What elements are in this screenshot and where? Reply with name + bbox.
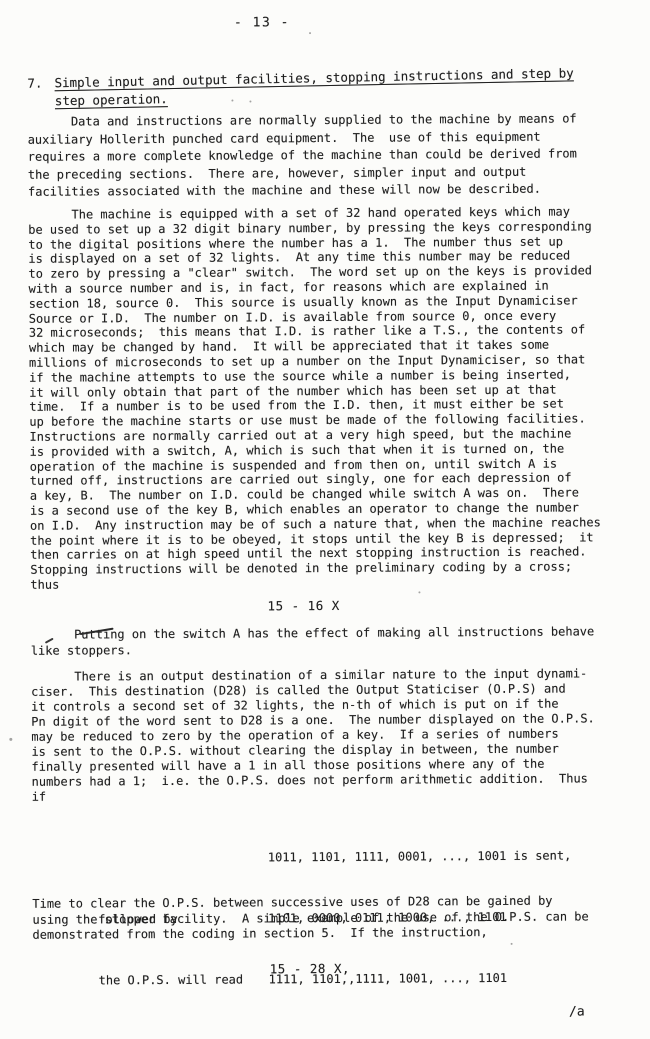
ops-row-label: the O.P.S. will read [99,972,269,988]
paragraph-intro: Data and instructions are normally suppl… [28,110,578,201]
page-number: - 13 - [234,15,290,30]
scan-speck [249,100,251,102]
ops-example-row: 1011, 1101, 1111, 0001, ..., 1001 is sen… [40,834,571,868]
paragraph-output-staticiser: There is an output destination of a simi… [31,666,595,804]
scan-speck [9,738,12,741]
section-title-line-2: step operation. [55,90,168,110]
stopping-instruction-example-1: 15 - 16 X [267,598,339,613]
page-content: - 13 - 7. Simple input and output facili… [0,0,650,1039]
section-heading: 7. Simple input and output facilities, s… [27,64,574,110]
ops-row-value: 1011, 1101, 1111, 0001, ..., 1001 is sen… [268,849,572,865]
scanned-page: - 13 - 7. Simple input and output facili… [0,0,650,1039]
paragraph-keys-and-id: The machine is equipped with a set of 32… [28,204,601,592]
ops-row-label [98,861,268,862]
paragraph-switch-a: Putting on the switch A has the effect o… [31,623,595,658]
footer-mark: /a [569,1004,585,1019]
section-number: 7. [27,75,43,111]
scan-speck [309,32,311,34]
paragraph-clear-ops: Time to clear the O.P.S. between success… [32,893,589,943]
scan-speck [511,943,513,945]
section-title-line-1: Simple input and output facilities, stop… [54,64,574,92]
stopping-instruction-example-2: 15 - 28 X, [270,961,350,976]
section-title: Simple input and output facilities, stop… [54,64,574,110]
scan-speck [418,591,420,593]
scan-speck [231,100,233,102]
